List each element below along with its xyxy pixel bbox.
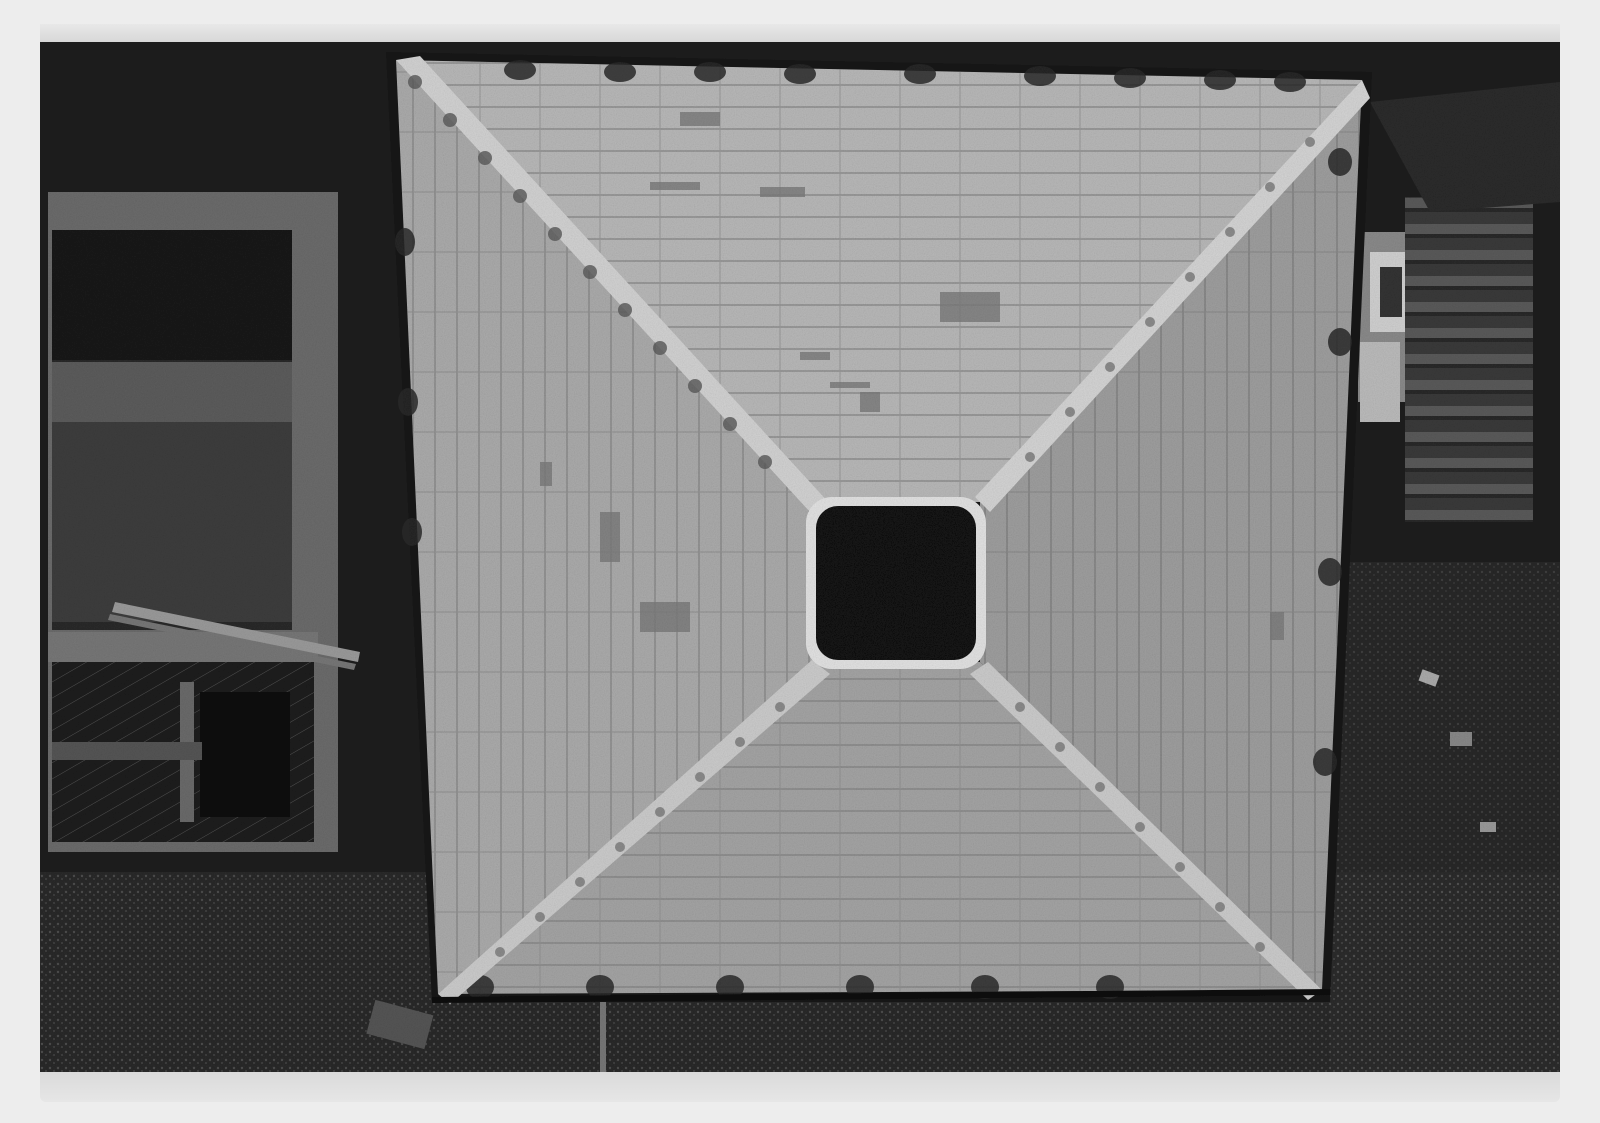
pyramidal-tiled-roof (386, 52, 1372, 1004)
photograph (40, 42, 1560, 1072)
adjacent-building-left (48, 192, 360, 852)
roof-scene (40, 42, 1560, 1072)
square-apex-opening (816, 506, 976, 660)
